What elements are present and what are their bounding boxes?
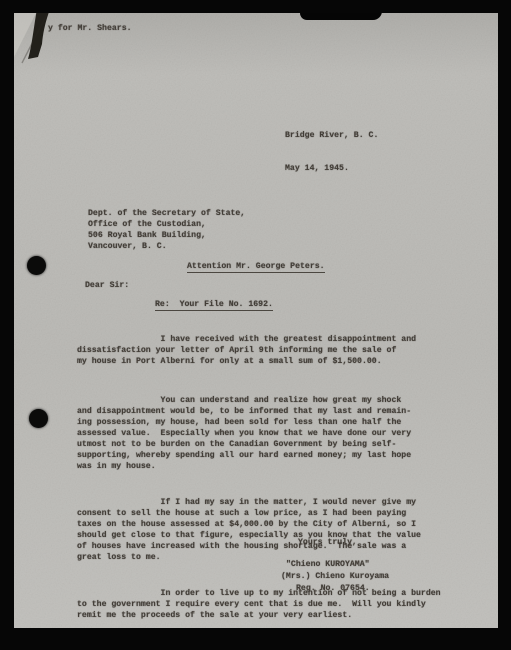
hole-punch-bottom <box>29 409 48 428</box>
place-line: Bridge River, B. C. <box>285 130 378 141</box>
signature-full-name: (Mrs.) Chieno Kuroyama <box>281 571 389 582</box>
attention-text: Attention Mr. George Peters. <box>187 262 325 273</box>
paragraph-1: I have received with the greatest disapp… <box>77 334 449 367</box>
paragraph-3: If I had my say in the matter, I would n… <box>77 497 449 563</box>
paragraph-4: In order to live up to my intention of n… <box>77 588 449 621</box>
place-date-block: Bridge River, B. C. May 14, 1945. <box>285 108 378 196</box>
letter-body: I have received with the greatest disapp… <box>77 312 449 628</box>
signature-quoted-name: "Chieno KUROYAMA" <box>286 559 370 570</box>
routing-note: y for Mr. Shears. <box>48 23 132 34</box>
scanned-letter-page: { "scan": { "routing_note": "y for Mr. S… <box>0 0 511 650</box>
recipient-address: Dept. of the Secretary of State, Office … <box>88 208 245 252</box>
subject-text: Re: Your File No. 1692. <box>155 300 273 311</box>
closing: Yours truly, <box>298 537 357 548</box>
salutation: Dear Sir: <box>85 280 129 291</box>
registration-number: Reg. No. 07654. <box>296 583 370 594</box>
scan-edge-artifact <box>300 13 382 20</box>
attention-line: Attention Mr. George Peters. <box>187 261 325 272</box>
subject-line: Re: Your File No. 1692. <box>155 299 273 310</box>
date-line: May 14, 1945. <box>285 163 378 174</box>
hole-punch-top <box>27 256 46 275</box>
letter-paper: y for Mr. Shears. Bridge River, B. C. Ma… <box>14 13 498 628</box>
paragraph-2: You can understand and realize how great… <box>77 395 449 472</box>
